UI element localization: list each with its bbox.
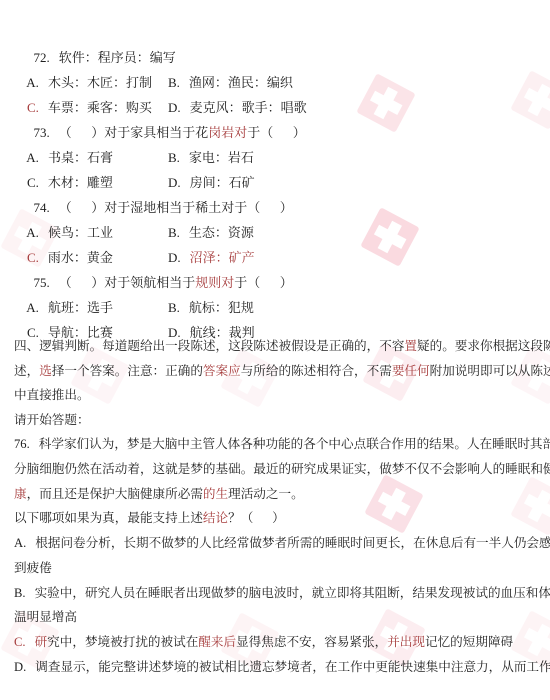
answer-option: B.家电：岩石 xyxy=(155,120,536,145)
text-segment: 根据问卷分析，长期不做梦的人比经常做梦者所需的睡眠时间更长，在休息后有一半人仍会… xyxy=(35,536,550,550)
q76-intro-line: 76.科学家们认为，梦是大脑中主管人体各种功能的各个中心点联合作用的结果。人在睡… xyxy=(14,432,536,457)
option-label: D. xyxy=(14,660,26,674)
option-text: 沼泽：矿产 xyxy=(190,250,255,265)
option-label: C. xyxy=(27,175,39,190)
q76-option-line: C.研究中，梦境被打扰的被试在醒来后显得焦虑不安，容易紧张，并出现记忆的短期障碍 xyxy=(14,630,536,655)
option-text: 麦克风：歌手：唱歌 xyxy=(190,100,307,115)
option-text: 木材：雕塑 xyxy=(48,175,113,190)
text-segment: 四、逻辑判断。每道题给出一段陈述，这段陈述被假设是正确的，不容 xyxy=(14,339,404,353)
answer-option: B.航标：犯规 xyxy=(155,270,536,295)
text-segment: 到疲倦 xyxy=(14,561,52,575)
text-segment: 康 xyxy=(14,487,27,501)
text-segment: 理活动之一。 xyxy=(228,487,304,501)
text-segment: 醒来后 xyxy=(198,635,236,649)
q76-option-line: D.调查显示，能完整讲述梦境的被试相比遗忘梦境者，在工作中更能快速集中注意力，从… xyxy=(14,655,536,680)
option-label: D. xyxy=(168,175,181,190)
option-label: D. xyxy=(168,100,181,115)
answer-option: B.生态：资源 xyxy=(155,195,536,220)
text-segment: 以下哪项如果为真，最能支持上述 xyxy=(14,511,203,525)
exam-page: 72.软件：程序员：编写 A.木头：木匠：打制 B.渔网：渔民：编织 C.车票：… xyxy=(0,0,550,700)
question-72: 72.软件：程序员：编写 A.木头：木匠：打制 B.渔网：渔民：编织 C.车票：… xyxy=(14,20,536,95)
question-options: A.候鸟：工业 B.生态：资源 C.雨水：黄金 D.沼泽：矿产 xyxy=(14,195,536,245)
text-segment: 择一个答案。注意：正确的 xyxy=(52,364,203,378)
text-segment: 选 xyxy=(39,364,52,378)
q76-intro-line: 康，而且还是保护大脑健康所必需的生理活动之一。 xyxy=(14,482,536,507)
answer-option: C.雨水：黄金 xyxy=(14,220,155,245)
option-label: C. xyxy=(14,635,26,649)
instruction-line: 述，选择一个答案。注意：正确的答案应与所给的陈述相符合，不需要任何附加说明即可以… xyxy=(14,359,536,384)
answer-option: A.航班：选手 xyxy=(14,270,155,295)
instruction-line: 四、逻辑判断。每道题给出一段陈述，这段陈述被假设是正确的，不容置疑的。要求你根据… xyxy=(14,334,536,359)
option-label: C. xyxy=(27,250,39,265)
text-segment: 要任何 xyxy=(392,364,430,378)
answer-option: A.候鸟：工业 xyxy=(14,195,155,220)
text-segment: 调查显示，能完整讲述梦境的被试相比遗忘梦境者，在工作中更能快速集中注意力，从而工… xyxy=(35,660,550,674)
text-segment: ？（ ） xyxy=(228,511,285,525)
text-segment: 附加说明即可以从陈述 xyxy=(430,364,550,378)
answer-option: D.麦克风：歌手：唱歌 xyxy=(155,70,536,95)
text-segment: 与所给的陈述相符合，不需 xyxy=(241,364,392,378)
text-segment: 结论 xyxy=(203,511,228,525)
text-segment: 的生 xyxy=(203,487,228,501)
text-segment: 记忆的短期障碍 xyxy=(425,635,513,649)
text-segment: 木材：雕塑 xyxy=(48,175,113,190)
text-segment: 置 xyxy=(404,339,417,353)
text-segment: 中直接推出。 xyxy=(14,388,90,402)
answer-option: C.车票：乘客：购买 xyxy=(14,70,155,95)
text-segment: 疑的。要求你根据这段陈 xyxy=(417,339,550,353)
q76-option-line: A.根据问卷分析，长期不做梦的人比经常做梦者所需的睡眠时间更长，在休息后有一半人… xyxy=(14,531,536,556)
section-four-instructions: 四、逻辑判断。每道题给出一段陈述，这段陈述被假设是正确的，不容置疑的。要求你根据… xyxy=(14,334,536,408)
answer-option: D.航线：裁判 xyxy=(155,295,536,320)
option-text: 雨水：黄金 xyxy=(48,250,113,265)
answer-option: A.木头：木匠：打制 xyxy=(14,45,155,70)
answer-option: B.渔网：渔民：编织 xyxy=(155,45,536,70)
text-segment: 并出现 xyxy=(387,635,425,649)
text-segment: 究中，梦境被打扰的被试在 xyxy=(47,635,198,649)
begin-answering-prompt: 请开始答题： xyxy=(14,408,536,433)
answer-option: C.导航：比赛 xyxy=(14,295,155,320)
text-segment: 答案应 xyxy=(203,364,241,378)
option-text: 房间：石矿 xyxy=(190,175,255,190)
text-segment: 车票：乘客：购买 xyxy=(48,100,152,115)
analogy-questions-section: 72.软件：程序员：编写 A.木头：木匠：打制 B.渔网：渔民：编织 C.车票：… xyxy=(14,20,536,320)
answer-option: C.木材：雕塑 xyxy=(14,145,155,170)
text-segment: 房间：石矿 xyxy=(190,175,255,190)
text-segment: 述， xyxy=(14,364,39,378)
text-segment: 实验中，研究人员在睡眠者出现做梦的脑电波时，就立即将其阻断，结果发现被试的血压和… xyxy=(35,586,550,600)
text-segment: 温明显增高 xyxy=(14,610,77,624)
option-label: B. xyxy=(14,586,26,600)
text-segment: 科学家们认为，梦是大脑中主管人体各种功能的各个中心点联合作用的结果。人在睡眠时其… xyxy=(39,437,550,451)
option-label: C. xyxy=(27,100,39,115)
question-options: A.书桌：石膏 B.家电：岩石 C.木材：雕塑 D.房间：石矿 xyxy=(14,120,536,170)
question-76: 76.科学家们认为，梦是大脑中主管人体各种功能的各个中心点联合作用的结果。人在睡… xyxy=(14,432,536,679)
instruction-line: 中直接推出。 xyxy=(14,383,536,408)
question-title: 72.软件：程序员：编写 xyxy=(14,20,536,45)
option-label: A. xyxy=(14,536,26,550)
answer-option: D.房间：石矿 xyxy=(155,145,536,170)
text-segment: 雨水：黄金 xyxy=(48,250,113,265)
q76-intro-line: 分脑细胞仍然在活动着，这就是梦的基础。最近的研究成果证实，做梦不仅不会影响人的睡… xyxy=(14,457,536,482)
question-options: A.木头：木匠：打制 B.渔网：渔民：编织 C.车票：乘客：购买 D.麦克风：歌… xyxy=(14,45,536,95)
q76-option-line: 到疲倦 xyxy=(14,556,536,581)
q76-option-line: B.实验中，研究人员在睡眠者出现做梦的脑电波时，就立即将其阻断，结果发现被试的血… xyxy=(14,581,536,606)
text-segment: 麦克风：歌手：唱歌 xyxy=(190,100,307,115)
q76-question-line: 以下哪项如果为真，最能支持上述结论？（ ） xyxy=(14,506,536,531)
answer-option: D.沼泽：矿产 xyxy=(155,220,536,245)
option-text: 车票：乘客：购买 xyxy=(48,100,152,115)
option-label: D. xyxy=(168,250,181,265)
answer-option: A.书桌：石膏 xyxy=(14,120,155,145)
q76-option-line: 温明显增高 xyxy=(14,605,536,630)
text-segment: 分脑细胞仍然在活动着，这就是梦的基础。最近的研究成果证实，做梦不仅不会影响人的睡… xyxy=(14,462,550,476)
question-options: A.航班：选手 B.航标：犯规 C.导航：比赛 D.航线：裁判 xyxy=(14,270,536,320)
text-segment: ，而且还是保护大脑健康所必需 xyxy=(27,487,203,501)
question-number: 76. xyxy=(14,437,30,451)
text-segment: 显得焦虑不安，容易紧张， xyxy=(236,635,387,649)
text-segment: 沼泽：矿产 xyxy=(190,250,255,265)
text-segment: 研 xyxy=(35,635,48,649)
